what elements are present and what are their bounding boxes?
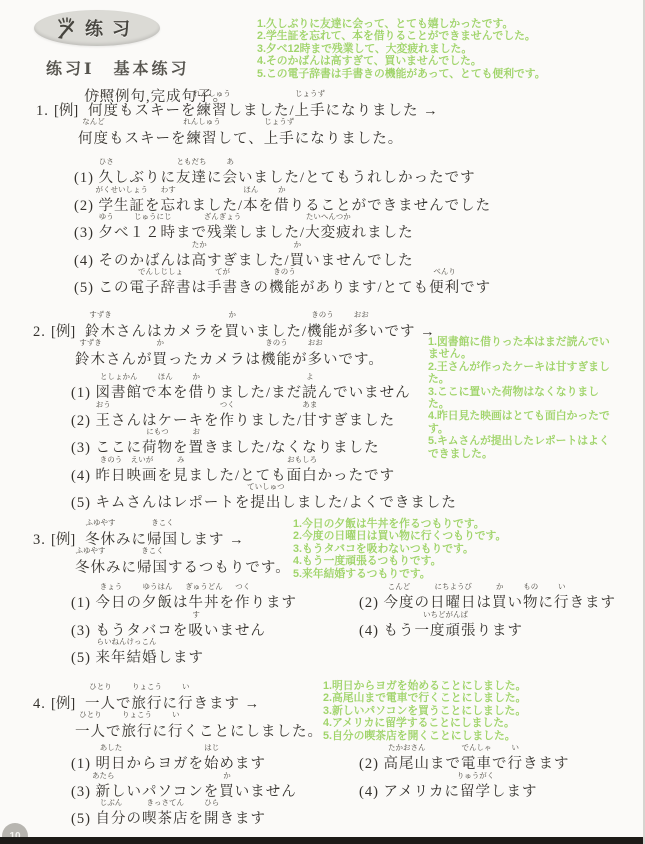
- example-question: ふゆやす冬休みにきこく帰国します →: [85, 526, 245, 554]
- exercise-number: 2.: [33, 318, 51, 346]
- exercise-number: 3.: [33, 526, 51, 554]
- example-answer: ひとり一人でりょこう旅行にい行くことにしました。: [75, 718, 570, 746]
- practice-badge-label: 练习: [85, 15, 139, 41]
- answer-line: 1.久しぶりに友達に会って、とても嬉しかったです。: [257, 18, 546, 30]
- exercise-3: 3. [例] ふゆやす冬休みにきこく帰国します → ふゆやす冬休みにきこく帰国す…: [33, 526, 616, 673]
- exercise-item: (5) キムさんはレポートをていしゅつ提出しました/よくできました: [71, 490, 457, 518]
- answer-annotation-block-1: 1.久しぶりに友達に会って、とても嬉しかったです。2.学生証を忘れて、本を借りる…: [257, 18, 546, 80]
- writing-hand-icon: [55, 16, 79, 40]
- exercise-1-items: (1) ひさ久しぶりにともだち友達にあ会いました/とてもうれしかったです(2) …: [74, 165, 491, 303]
- exercise-4: 4. [例] ひとり一人でりょこう旅行にい行きます → ひとり一人でりょこう旅行…: [33, 690, 570, 834]
- exercise-3-items: (1) きょう今日のゆうはん夕飯はぎゅうどん牛丼をつく作ります(2) こんど今度…: [71, 590, 616, 673]
- exercise-item: (4) もういちどがんば一度頑張ります: [359, 618, 616, 646]
- example-answer: なんど何度もスキーをれんしゅう練習して、じょうず上手になりました。: [78, 125, 491, 153]
- exercise-number: 1.: [36, 97, 54, 125]
- textbook-page: 练习 练习Ⅰ 基本练习 仿照例句,完成句子。 1.久しぶりに友達に会って、とても…: [0, 0, 645, 844]
- exercise-item: (1) きょう今日のゆうはん夕飯はぎゅうどん牛丼をつく作ります: [71, 590, 359, 618]
- exercise-number: 4.: [33, 690, 51, 718]
- answer-line: 3.夕べ12時まで残業して、大変疲れました。: [257, 43, 546, 55]
- exercise-item: (5) らいねんけっこん来年結婚します: [71, 645, 359, 673]
- exercise-item: (1) としょかん図書館でほん本をか借りました/まだよ読んでいません: [71, 380, 457, 408]
- exercise-item: (4) アメリカにりゅうがく留学します: [359, 779, 570, 807]
- practice-badge: 练习: [34, 10, 160, 46]
- exercise-item: (5) このでんしじしょ電子辞書はてが手書きのきのう機能があります/とてもべんり…: [74, 275, 491, 303]
- exercise-item: (3) ここににもつ荷物をお置きました/なくなりました: [71, 435, 457, 463]
- example-answer: すずき鈴木さんがか買ったカメラはきのう機能がおお多いです。: [75, 346, 457, 374]
- answer-line: 2.学生証を忘れて、本を借りることができませんでした。: [257, 30, 546, 42]
- exercise-2: 2. [例] すずき鈴木さんはカメラをか買いました/きのう機能がおお多いです →…: [33, 318, 457, 518]
- scan-edge-bottom: [0, 837, 645, 844]
- example-question: すずき鈴木さんはカメラをか買いました/きのう機能がおお多いです →: [85, 318, 436, 346]
- answer-line: 5.この電子辞書は手書きの機能があって、とても便利です。: [257, 68, 546, 80]
- exercise-3-example: 3. [例] ふゆやす冬休みにきこく帰国します →: [33, 526, 616, 554]
- exercise-1: 1. [例] なんど何度もスキーをれんしゅう練習しました/じょうず上手になりまし…: [36, 97, 491, 303]
- exercise-item: (2) こんど今度のにちようび日曜日はか買いもの物にい行きます: [359, 590, 616, 618]
- answer-line: 4.そのかばんは高すぎて、買いませんでした。: [257, 55, 546, 67]
- section-title: 练习Ⅰ 基本练习: [46, 56, 190, 79]
- exercise-item: (5) じぶん自分のきっさてん喫茶店をひら開きます: [71, 806, 359, 834]
- exercise-item: (3) ゆう夕べじゅうにじ１２時までざんぎょう残業しました/たいへんつか大変疲れ…: [74, 220, 491, 248]
- exercise-4-example: 4. [例] ひとり一人でりょこう旅行にい行きます →: [33, 690, 570, 718]
- example-answer: ふゆやす冬休みにきこく帰国するつもりです。: [75, 554, 616, 582]
- exercise-item: (2) おう王さんはケーキをつく作りました/あま甘すぎました: [71, 408, 457, 436]
- exercise-2-items: (1) としょかん図書館でほん本をか借りました/まだよ読んでいません(2) おう…: [71, 380, 457, 518]
- exercise-4-items: (1) あした明日からヨガをはじ始めます(2) たかおさん高尾山まででんしゃ電車…: [71, 751, 570, 834]
